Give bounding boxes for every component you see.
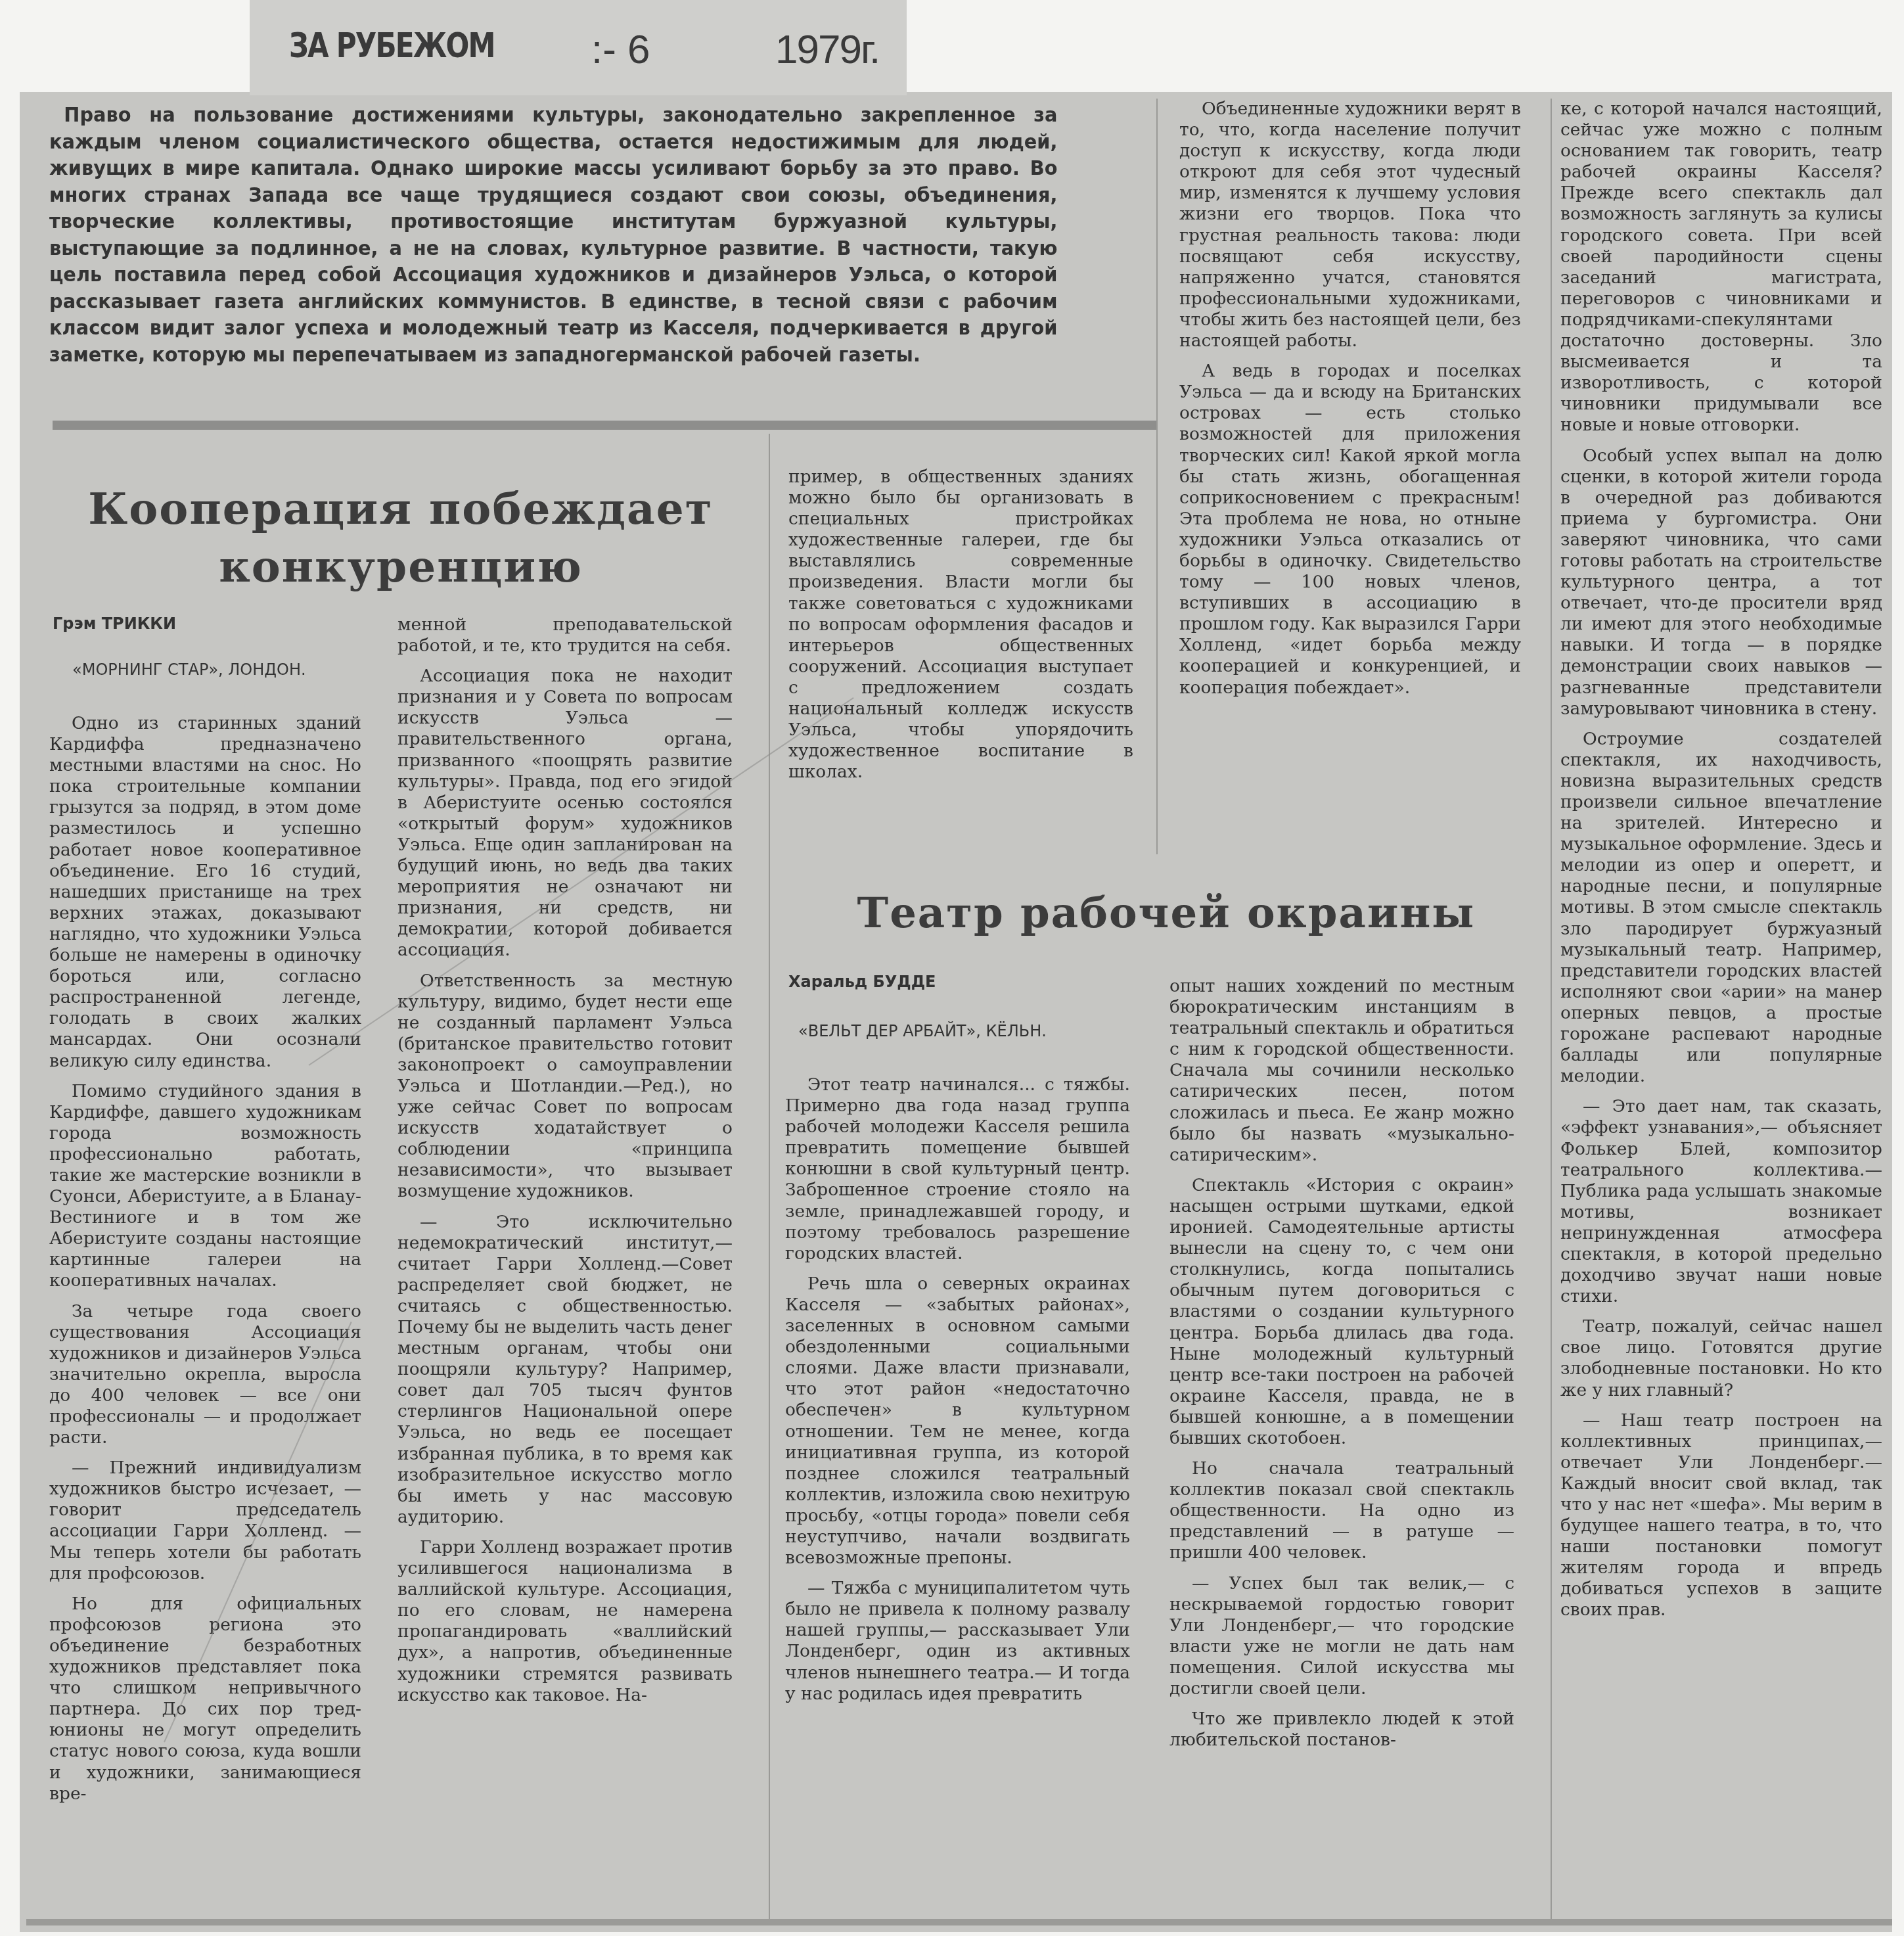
article1-headline: Кооперация побеждает конкуренцию	[53, 480, 749, 595]
column-divider	[1156, 99, 1158, 854]
article2-column-2: опыт наших хождений по местным бюрократи…	[1169, 976, 1514, 1760]
editorial-lead: Право на пользование достижениями культу…	[49, 102, 1058, 368]
article1-column-3: пример, в общественных зданиях можно был…	[788, 467, 1133, 792]
article2-headline: Театр рабочей окраины	[788, 887, 1544, 940]
issue-number-stamp: :- 6	[591, 26, 650, 73]
article2-column-3: ке, с которой начался настоящий, сейчас …	[1560, 99, 1882, 1630]
article1-source: «МОРНИНГ СТАР», ЛОНДОН.	[72, 660, 306, 679]
column-divider	[1551, 99, 1552, 1919]
article2-author: Харальд БУДДЕ	[788, 973, 936, 991]
article2-column-1: Этот театр начинался... с тяжбы. Примерн…	[785, 1074, 1130, 1714]
article1-column-4: Объединенные художники верят в то, что, …	[1179, 99, 1521, 708]
column-divider	[769, 434, 770, 1919]
article1-author: Грэм ТРИККИ	[53, 614, 176, 633]
year-stamp: 1979г.	[775, 26, 879, 73]
article2-source: «ВЕЛЬТ ДЕР АРБАЙТ», КЁЛЬН.	[798, 1022, 1047, 1040]
clipping-bottom-edge	[26, 1919, 1892, 1925]
article1-column-2: менной преподавательской работой, и те, …	[397, 614, 733, 1715]
section-stamp: ЗА РУБЕЖОМ	[289, 26, 495, 66]
lead-divider	[53, 421, 1156, 430]
